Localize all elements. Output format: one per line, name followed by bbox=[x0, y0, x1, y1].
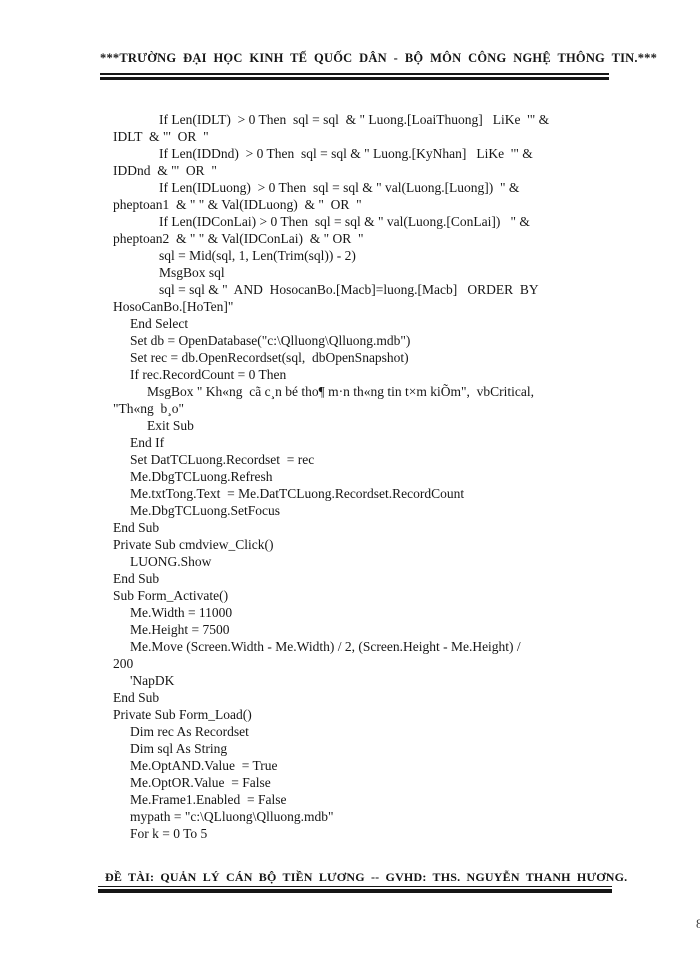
code-line: End Sub bbox=[113, 519, 605, 536]
code-line: sql = Mid(sql, 1, Len(Trim(sql)) - 2) bbox=[113, 247, 605, 264]
code-line: Dim rec As Recordset bbox=[113, 723, 605, 740]
code-line: Private Sub Form_Load() bbox=[113, 706, 605, 723]
code-line: Me.txtTong.Text = Me.DatTCLuong.Recordse… bbox=[113, 485, 605, 502]
code-line: End If bbox=[113, 434, 605, 451]
code-line: For k = 0 To 5 bbox=[113, 825, 605, 842]
code-line: pheptoan2 & " " & Val(IDConLai) & " OR " bbox=[113, 230, 605, 247]
code-line: IDLT & "' OR " bbox=[113, 128, 605, 145]
code-line: Me.Width = 11000 bbox=[113, 604, 605, 621]
code-line: MsgBox " Kh«ng cã c¸n bé tho¶ m·n th«ng … bbox=[113, 383, 605, 400]
code-line: HosoCanBo.[HoTen]" bbox=[113, 298, 605, 315]
code-line: mypath = "c:\QLluong\Qlluong.mdb" bbox=[113, 808, 605, 825]
code-line: Set db = OpenDatabase("c:\Qlluong\Qlluon… bbox=[113, 332, 605, 349]
code-line: End Select bbox=[113, 315, 605, 332]
code-line: Sub Form_Activate() bbox=[113, 587, 605, 604]
code-line: End Sub bbox=[113, 570, 605, 587]
code-line: sql = sql & " AND HosocanBo.[Macb]=luong… bbox=[113, 281, 605, 298]
code-line: LUONG.Show bbox=[113, 553, 605, 570]
code-line: MsgBox sql bbox=[113, 264, 605, 281]
code-line: "Th«ng b¸o" bbox=[113, 400, 605, 417]
code-line: Private Sub cmdview_Click() bbox=[113, 536, 605, 553]
code-line: If Len(IDLuong) > 0 Then sql = sql & " v… bbox=[113, 179, 605, 196]
code-lines: If Len(IDLT) > 0 Then sql = sql & " Luon… bbox=[113, 111, 605, 842]
footer-rule bbox=[98, 886, 612, 893]
code-line: 200 bbox=[113, 655, 605, 672]
header-rule bbox=[100, 73, 609, 80]
code-line: If Len(IDDnd) > 0 Then sql = sql & " Luo… bbox=[113, 145, 605, 162]
code-line: If Len(IDLT) > 0 Then sql = sql & " Luon… bbox=[113, 111, 605, 128]
code-line: If Len(IDConLai) > 0 Then sql = sql & " … bbox=[113, 213, 605, 230]
code-line: If rec.RecordCount = 0 Then bbox=[113, 366, 605, 383]
code-line: pheptoan1 & " " & Val(IDLuong) & " OR " bbox=[113, 196, 605, 213]
code-line: Set rec = db.OpenRecordset(sql, dbOpenSn… bbox=[113, 349, 605, 366]
code-line: Me.Move (Screen.Width - Me.Width) / 2, (… bbox=[113, 638, 605, 655]
document-page: ***TRƯỜNG ĐẠI HỌC KINH TẾ QUỐC DÂN - BỘ … bbox=[0, 0, 700, 960]
code-line: Dim sql As String bbox=[113, 740, 605, 757]
code-line: Me.Frame1.Enabled = False bbox=[113, 791, 605, 808]
code-line: Exit Sub bbox=[113, 417, 605, 434]
code-line: Me.OptAND.Value = True bbox=[113, 757, 605, 774]
page-number: 8 bbox=[696, 916, 700, 932]
code-line: Me.DbgTCLuong.Refresh bbox=[113, 468, 605, 485]
footer-title: ĐỀ TÀI: QUẢN LÝ CÁN BỘ TIỀN LƯƠNG -- GVH… bbox=[105, 870, 610, 885]
code-line: Me.OptOR.Value = False bbox=[113, 774, 605, 791]
header-title: ***TRƯỜNG ĐẠI HỌC KINH TẾ QUỐC DÂN - BỘ … bbox=[100, 51, 609, 66]
code-line: End Sub bbox=[113, 689, 605, 706]
code-line: Me.DbgTCLuong.SetFocus bbox=[113, 502, 605, 519]
code-line: 'NapDK bbox=[113, 672, 605, 689]
code-line: Me.Height = 7500 bbox=[113, 621, 605, 638]
code-line: IDDnd & "' OR " bbox=[113, 162, 605, 179]
code-line: Set DatTCLuong.Recordset = rec bbox=[113, 451, 605, 468]
